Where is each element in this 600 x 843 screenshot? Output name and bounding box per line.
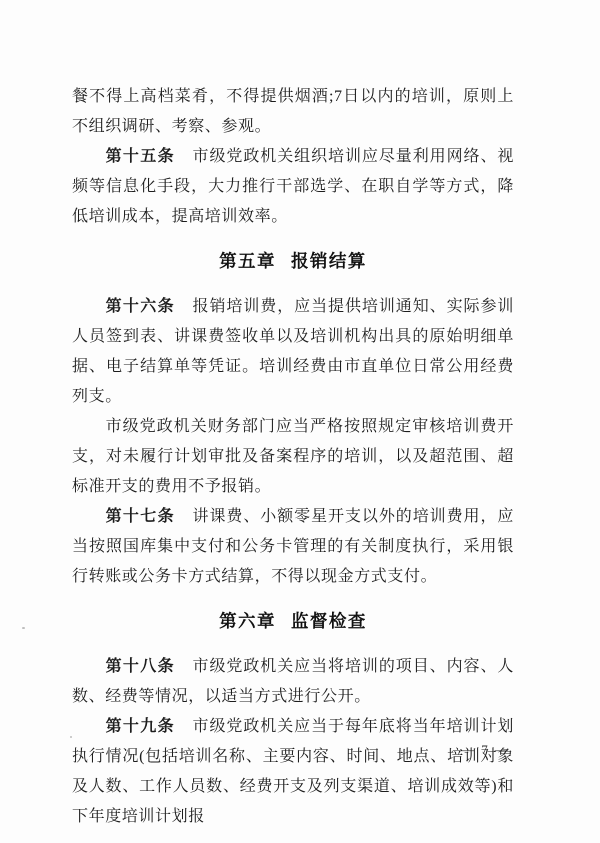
article-paragraph: 第十九条市级党政机关应当于每年底将当年培训计划执行情况(包括培训名称、主要内容、… [72,712,514,832]
article-number: 第十六条 [106,298,175,315]
chapter-number: 第五章 [219,251,276,271]
body-paragraph: 餐不得上高档菜肴，不得提供烟酒;7日以内的培训，原则上不组织调研、考察、参观。 [72,82,514,142]
article-number: 第十八条 [106,658,175,675]
document-page: 餐不得上高档菜肴，不得提供烟酒;7日以内的培训，原则上不组织调研、考察、参观。第… [0,0,600,843]
page-number: — 7 — [461,742,510,758]
paragraph-text: 市级党政机关财务部门应当严格按照规定审核培训费开支，对未履行计划审批及备案程序的… [72,418,514,495]
scan-speck [70,736,72,738]
chapter-title: 报销结算 [291,251,367,271]
article-paragraph: 第十八条市级党政机关应当将培训的项目、内容、人数、经费等情况，以适当方式进行公开… [72,652,514,712]
article-paragraph: 第十七条讲课费、小额零星开支以外的培训费用，应当按照国库集中支付和公务卡管理的有… [72,502,514,592]
paragraph-text: 餐不得上高档菜肴，不得提供烟酒;7日以内的培训，原则上不组织调研、考察、参观。 [72,88,514,135]
scan-speck [22,627,25,629]
chapter-heading: 第五章报销结算 [72,248,514,274]
chapter-number: 第六章 [219,611,276,631]
chapter-heading: 第六章监督检查 [72,608,514,634]
article-paragraph: 第十五条市级党政机关组织培训应尽量利用网络、视频等信息化手段，大力推行干部选学、… [72,142,514,232]
article-number: 第十五条 [106,148,175,165]
article-number: 第十九条 [106,718,175,735]
document-content: 餐不得上高档菜肴，不得提供烟酒;7日以内的培训，原则上不组织调研、考察、参观。第… [0,0,600,832]
body-paragraph: 市级党政机关财务部门应当严格按照规定审核培训费开支，对未履行计划审批及备案程序的… [72,412,514,502]
chapter-title: 监督检查 [291,611,367,631]
article-paragraph: 第十六条报销培训费，应当提供培训通知、实际参训人员签到表、讲课费签收单以及培训机… [72,292,514,412]
article-number: 第十七条 [106,508,175,525]
